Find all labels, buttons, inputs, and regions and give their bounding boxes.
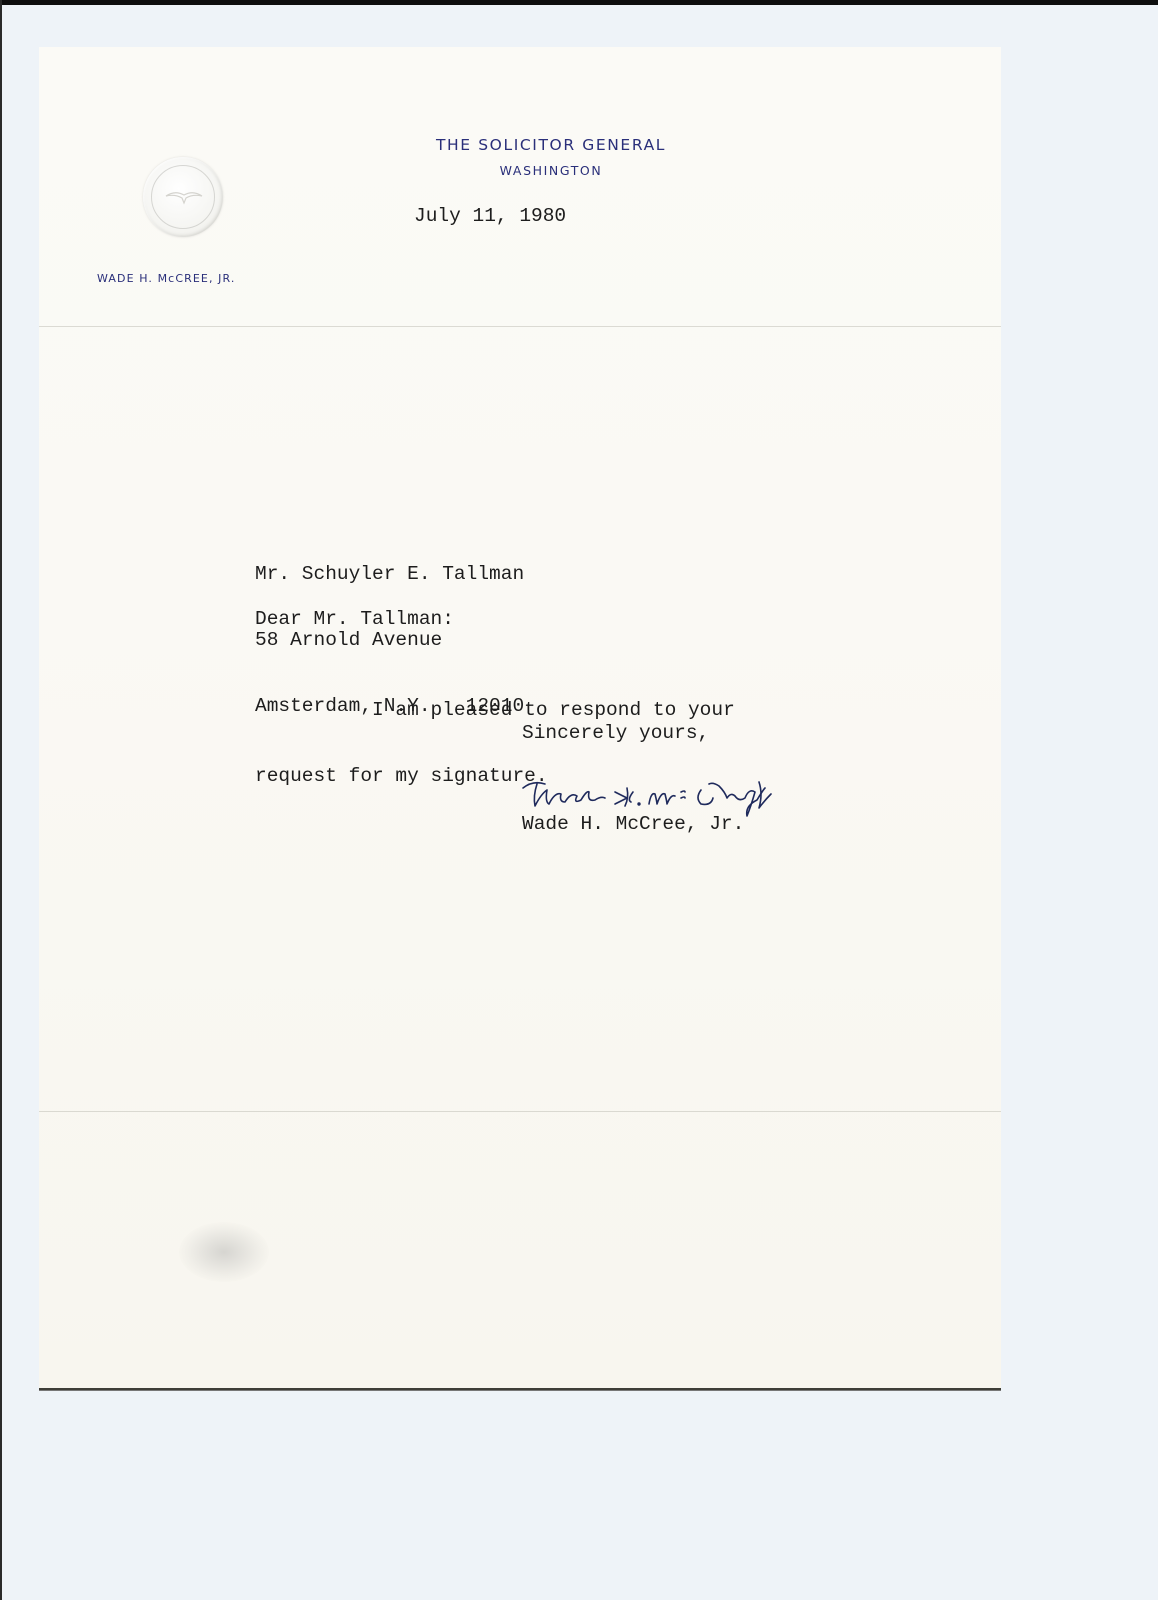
salutation: Dear Mr. Tallman: — [255, 608, 454, 630]
letter-date: July 11, 1980 — [414, 205, 566, 227]
letterhead-office: THE SOLICITOR GENERAL — [301, 136, 801, 154]
letterhead-city: WASHINGTON — [301, 163, 801, 178]
recipient-name: Mr. Schuyler E. Tallman — [255, 563, 524, 585]
closing: Sincerely yours, — [522, 722, 709, 744]
eagle-icon — [165, 187, 203, 205]
letter-page: THE SOLICITOR GENERAL WASHINGTON WADE H.… — [39, 47, 1001, 1390]
scan-edge-left — [0, 0, 2, 1600]
scan-edge-top — [0, 0, 1158, 5]
paper-fold-line — [39, 1111, 1001, 1112]
embossed-seal-icon — [143, 157, 223, 237]
recipient-street: 58 Arnold Avenue — [255, 629, 524, 651]
paper-fold-line — [39, 326, 1001, 327]
typed-signature-name: Wade H. McCree, Jr. — [522, 813, 744, 835]
body-line: I am pleased to respond to your — [255, 699, 735, 721]
letterhead-official-name: WADE H. McCREE, JR. — [97, 272, 235, 285]
paper-smudge — [179, 1222, 269, 1282]
